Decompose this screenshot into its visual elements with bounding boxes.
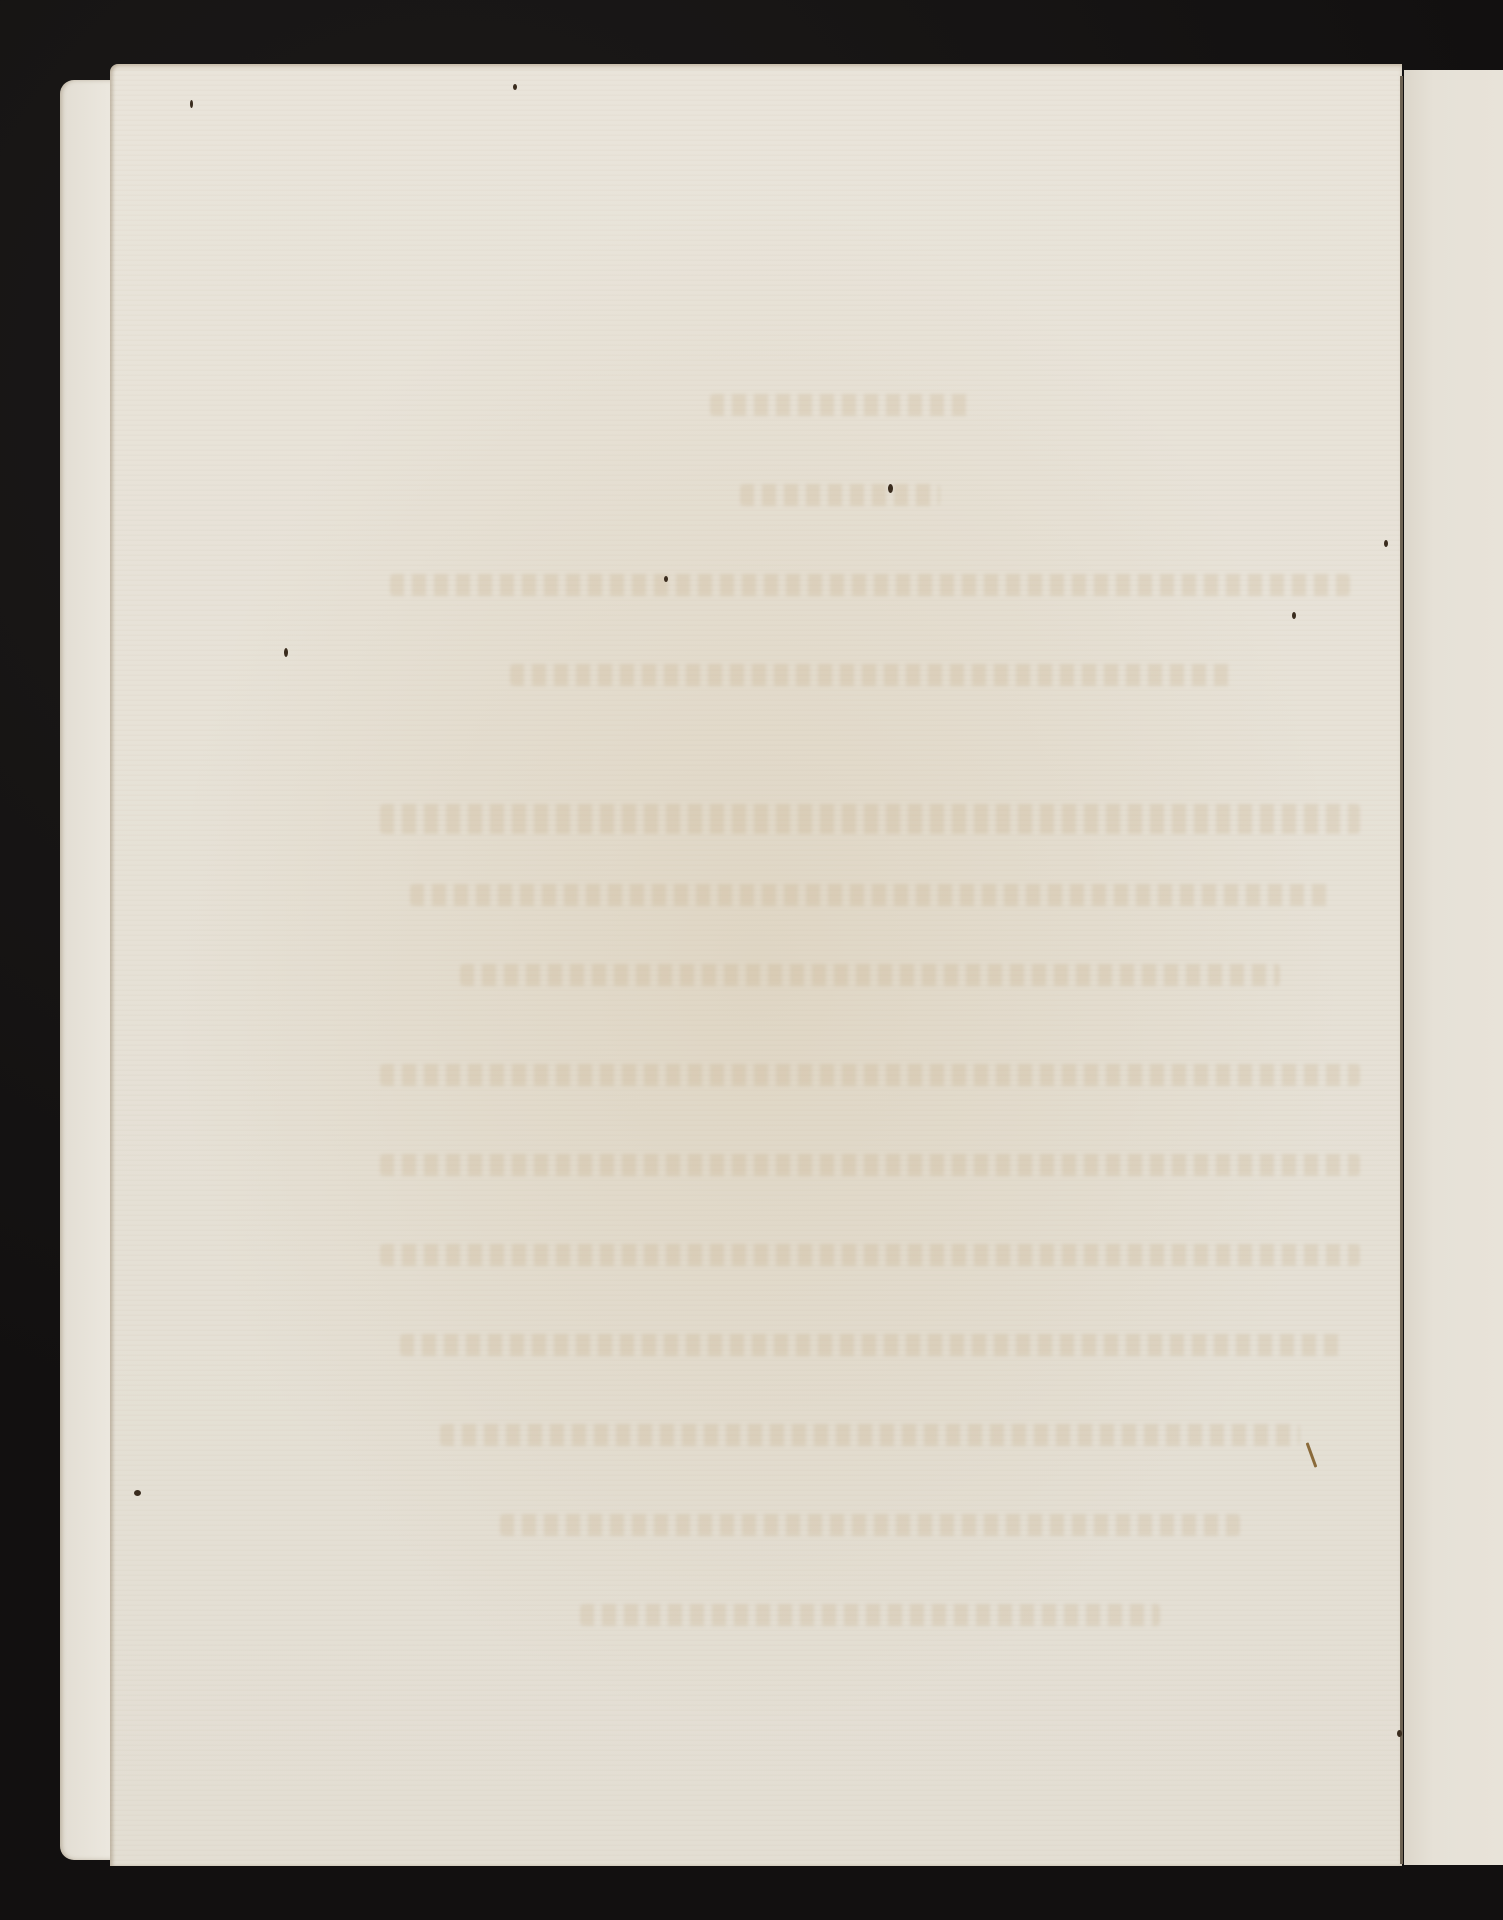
ghost-line [500,1514,1240,1536]
paper-speck [190,100,193,108]
paper-speck [1292,612,1296,619]
ghost-line [380,1244,1360,1266]
paper-speck [664,576,668,582]
paper-speck [134,1490,141,1496]
ghost-line [400,1334,1340,1356]
ghost-line [380,1154,1360,1176]
ghost-line [410,884,1330,906]
ghost-line [510,664,1230,686]
paper-speck [1384,540,1388,547]
ghost-line [710,394,970,416]
paper-speck [1397,1730,1402,1737]
paper-speck [888,484,893,493]
show-through-text-ghost [380,364,1360,1664]
facing-page-edge [1404,70,1503,1865]
ghost-line [390,574,1350,596]
paper-speck [284,648,288,657]
ghost-line [580,1604,1160,1626]
ghost-line [380,804,1360,834]
ghost-line [740,484,940,506]
paper-speck [513,84,517,90]
ghost-line [440,1424,1300,1446]
ghost-line [380,1064,1360,1086]
book-gutter [1400,76,1403,1864]
ghost-line [460,964,1280,986]
book-page [110,64,1402,1866]
